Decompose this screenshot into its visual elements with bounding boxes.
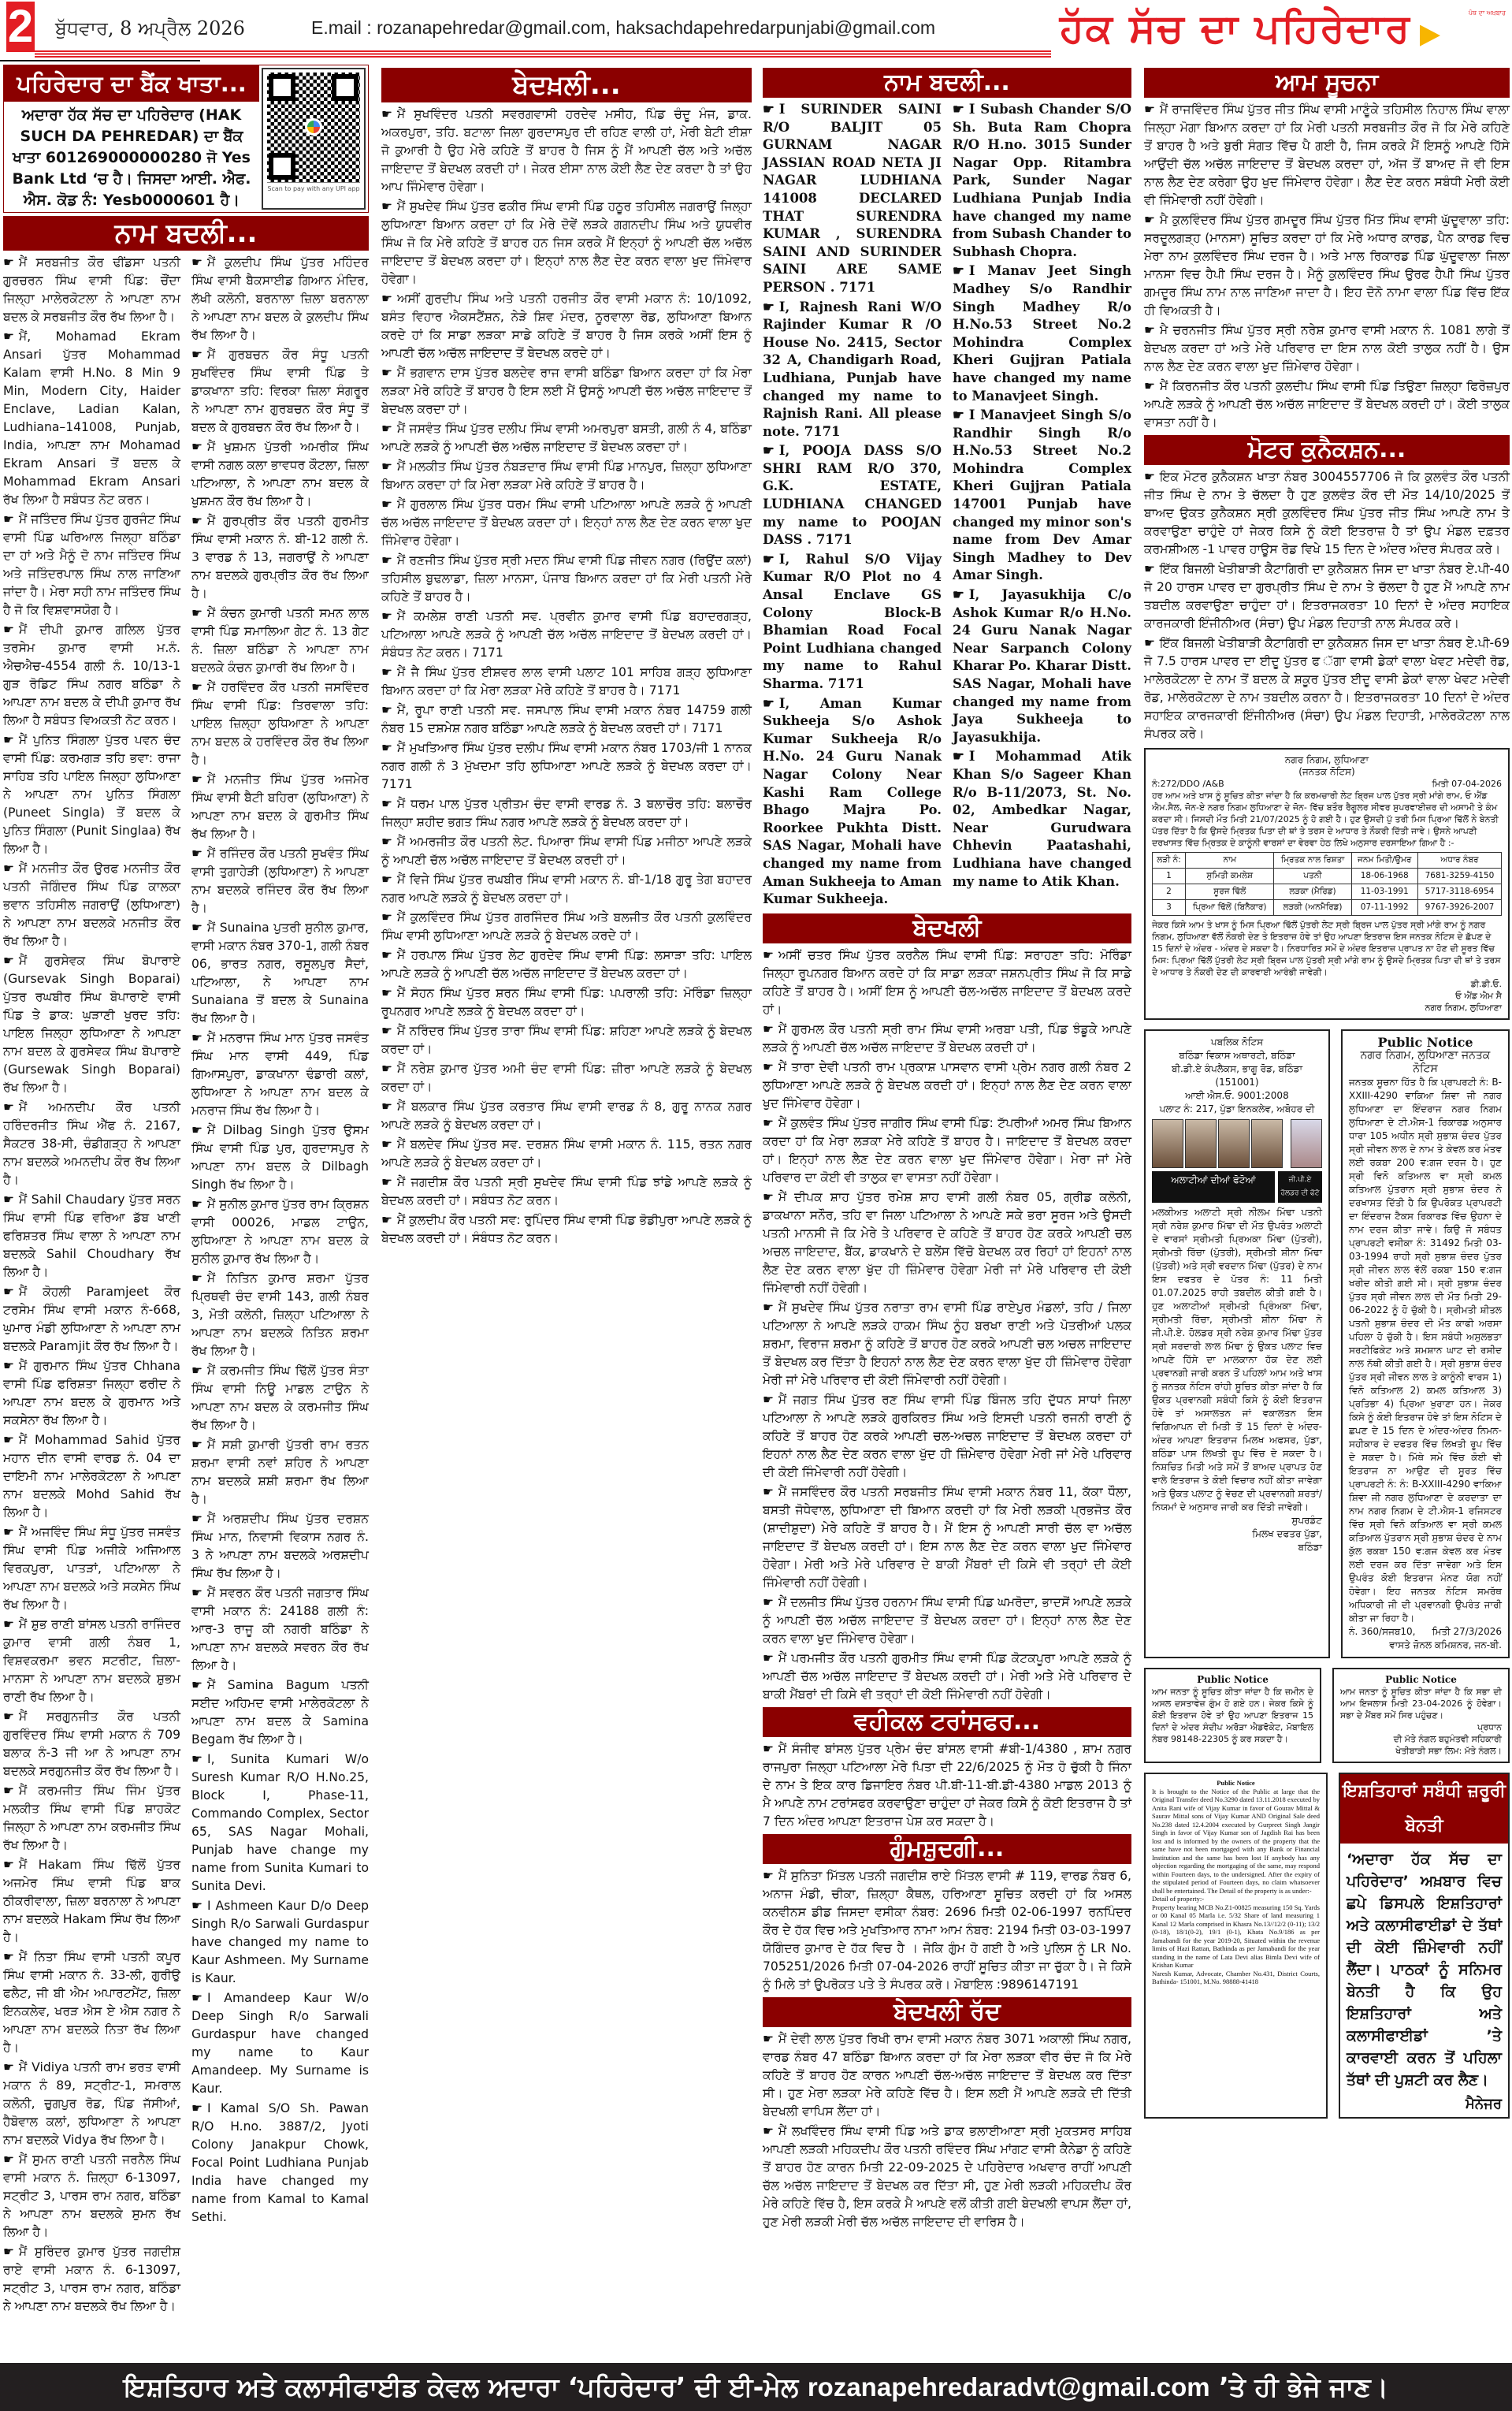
pointing-hand-icon: ☛ bbox=[381, 948, 392, 962]
column-3: ਨਾਮ ਬਦਲੀ... ☛I SURINDER SAINI R/O BALJIT… bbox=[763, 65, 1131, 2233]
table-cell: 07-11-1992 bbox=[1351, 900, 1417, 916]
bank-title: ਪਹਿਰੇਦਾਰ ਦਾ ਬੈਂਕ ਖਾਤਾ... bbox=[4, 65, 259, 102]
section-header-vehicle-transfer: ਵਹੀਕਲ ਟਰਾਂਸਫਰ... bbox=[763, 1707, 1131, 1737]
section-header-general-notice: ਆਮ ਸੂਚਨਾ bbox=[1144, 68, 1510, 98]
pointing-hand-icon: ☛ bbox=[191, 1752, 202, 1766]
notice-title: Public Notice bbox=[1349, 1036, 1502, 1049]
notice-item: ☛ਮੈਂ Vidiya ਪਤਨੀ ਰਾਮ ਭਰਤ ਵਾਸੀ ਮਕਾਨ ਨੰ 89… bbox=[3, 2059, 180, 2149]
notice-item: ☛ਮੈ ਕੁਲਵਿੰਦਰ ਸਿੰਘ ਪੁੱਤਰ ਗਮਦੂਰ ਸਿੰਘ ਪੁੱਤਰ… bbox=[1144, 211, 1510, 320]
notice-item: ☛ਮੈਂ ਖੁਸ਼ਮਨ ਪੁੱਤਰੀ ਅਮਰੀਕ ਸਿੰਘ ਵਾਸੀ ਨਗਲ ਕ… bbox=[191, 438, 369, 511]
notice-item: ☛ਇੱਕ ਬਿਜਲੀ ਖੇਤੀਬਾੜੀ ਕੈਟਾਗਿਰੀ ਦਾ ਕੁਨੈਕਸ਼ਨ… bbox=[1144, 560, 1510, 633]
notice-item: ☛I Kamal S/O Sh. Pawan R/O H.no. 3887/2,… bbox=[191, 2100, 369, 2227]
signature-line: ਖੇਤੀਬਾੜੀ ਸਭਾ ਲਿਮ: ਮੱਤੇ ਨੰਗਲ। bbox=[1340, 1745, 1502, 1757]
notice-item: ☛ਮੈਂ ਪੁਨਿਤ ਸਿੰਗਲਾ ਪੁੱਤਰ ਪਵਨ ਚੰਦ ਵਾਸੀ ਪਿੰ… bbox=[3, 731, 180, 858]
photos-caption: ਅਲਾਟੀਆਂ ਦੀਆਂ ਫੋਟੋਆਂ bbox=[1152, 1171, 1275, 1203]
pointing-hand-icon: ☛ bbox=[191, 1586, 202, 1600]
property-detail: Property bearing MCB No.Z1-00825 measuri… bbox=[1152, 1903, 1320, 1970]
notice-item: ☛ਮੈਂ ਨਰੇਸ਼ ਕੁਮਾਰ ਪੁੱਤਰ ਅਮੀ ਚੰਦ ਵਾਸੀ ਪਿੰਡ… bbox=[381, 1060, 752, 1096]
pointing-hand-icon: ☛ bbox=[3, 1617, 14, 1632]
newspaper-logo: ਹੱਕ ਸੱਚ ਦਾ ਪਹਿਰੇਦਾਰ ਪੰਥ ਦਾ ਅਖ਼ਬਾਰ bbox=[1060, 3, 1509, 54]
pointing-hand-icon: ☛ bbox=[191, 772, 202, 787]
pointing-hand-icon: ☛ bbox=[763, 948, 774, 962]
notice-item: ☛ਮੈਂ ਦੀਪੀ ਕੁਮਾਰ ਗਲਿਲ ਪੁੱਤਰ ਤਰਸੇਮ ਕੁਮਾਰ ਵ… bbox=[3, 621, 180, 730]
pointing-hand-icon: ☛ bbox=[953, 749, 964, 764]
notice-item: ☛ਮੈਂ ਤਾਰਾ ਦੇਵੀ ਪਤਨੀ ਰਾਮ ਪ੍ਰਕਾਸ਼ ਪਾਸਵਾਨ ਵ… bbox=[763, 1059, 1131, 1113]
notice-title: Public Notice bbox=[1152, 1779, 1320, 1788]
photo-image bbox=[1152, 1119, 1183, 1168]
pointing-hand-icon: ☛ bbox=[763, 1485, 774, 1499]
gpa-holder-photo bbox=[1291, 1119, 1322, 1168]
english-name-change-left: ☛I SURINDER SAINI R/O BALJIT 05 GURNAM N… bbox=[763, 101, 942, 910]
pointing-hand-icon: ☛ bbox=[381, 609, 392, 623]
section-header-disinheritance-revoked: ਬੇਦਖਲੀ ਰੱਦ bbox=[763, 1997, 1131, 2027]
pointing-hand-icon: ☛ bbox=[381, 1175, 392, 1189]
notice-item: ☛I, Rahul S/O Vijay Kumar R/O Plot no 4 … bbox=[763, 551, 942, 694]
notice-item: ☛ਮੈਂ ਗੁਰਮਾਨ ਸਿੰਘ ਪੁੱਤਰ Chhana ਵਾਸੀ ਪਿੰਡ … bbox=[3, 1357, 180, 1430]
notice-item: ☛ਮੈਂ ਕੁਲਵੰਤ ਸਿੰਘ ਪੁੱਤਰ ਜਾਗੀਰ ਸਿੰਘ ਵਾਸੀ ਪ… bbox=[763, 1114, 1131, 1187]
pointing-hand-icon: ☛ bbox=[191, 846, 202, 861]
notice-ref: ਨੰ:272/DDO /A&B bbox=[1152, 778, 1224, 790]
notice-item: ☛ਮੈਂ ਜੈ ਸਿੰਘ ਪੁੱਤਰ ਈਸ਼ਵਰ ਲਾਲ ਵਾਸੀ ਪਲਾਟ 1… bbox=[381, 664, 752, 700]
pointing-hand-icon: ☛ bbox=[3, 1433, 14, 1447]
notice-body: ਹਰ ਆਮ ਅਤੇ ਖਾਸ ਨੂੰ ਸੂਚਿਤ ਕੀਤਾ ਜਾਂਦਾ ਹੈ ਕਿ… bbox=[1152, 790, 1502, 849]
section-header-name-change-english: ਨਾਮ ਬਦਲੀ... bbox=[763, 68, 1131, 98]
pointing-hand-icon: ☛ bbox=[763, 1651, 774, 1665]
pointing-hand-icon: ☛ bbox=[763, 1060, 774, 1074]
notice-item: ☛I, Sunita Kumari W/o Suresh Kumar R/O H… bbox=[191, 1751, 369, 1896]
pointing-hand-icon: ☛ bbox=[3, 1784, 14, 1798]
notice-item: ☛ਮੈਂ ਕਰਮਜੀਤ ਸਿੰਘ ਢਿੱਲੋਂ ਪੁੱਤਰ ਸੰਤਾ ਸਿੰਘ … bbox=[191, 1362, 369, 1434]
pointing-hand-icon: ☛ bbox=[3, 255, 14, 270]
column-2: ਬੇਦਖ਼ਲੀ... ☛ਮੈਂ ਸੁਖਵਿੰਦਰ ਪਤਨੀ ਸਵਰਗਵਾਸੀ ਹ… bbox=[381, 65, 752, 1249]
pointing-hand-icon: ☛ bbox=[191, 1031, 202, 1045]
pointing-hand-icon: ☛ bbox=[381, 835, 392, 849]
pointing-hand-icon: ☛ bbox=[763, 2124, 774, 2138]
authority-address: ਬੀ.ਡੀ.ਏ ਕੰਪਲੈਕਸ, ਭਾਗੂ ਰੋਡ, ਬਠਿੰਡਾ (15100… bbox=[1152, 1062, 1322, 1089]
masthead-underline bbox=[0, 60, 200, 61]
notice-item: ☛ਮੈਂ ਨਰਿੰਦਰ ਸਿੰਘ ਪੁੱਤਰ ਤਾਰਾ ਸਿੰਘ ਵਾਸੀ ਪਿ… bbox=[381, 1022, 752, 1059]
notice-ref: ਨੰ. 360/ਸਜਬ10, bbox=[1349, 1625, 1415, 1639]
notice-item: ☛ਮੈਂ Mohammad Sahid ਪੁੱਤਰ ਮਹਾਨ ਦੀਨ ਵਾਸੀ … bbox=[3, 1431, 180, 1522]
pointing-hand-icon: ☛ bbox=[763, 1022, 774, 1036]
notice-subtitle: (ਜਨਤਕ ਨੋਟਿਸ) bbox=[1152, 766, 1502, 778]
notice-item: ☛ਮੈਂ ਜਸਵਿੰਦਰ ਕੌਰ ਪਤਨੀ ਸਰਬਜੀਤ ਸਿੰਘ ਵਾਸੀ ਮ… bbox=[763, 1483, 1131, 1592]
pointing-hand-icon: ☛ bbox=[3, 512, 14, 526]
english-name-change-list: ☛I SURINDER SAINI R/O BALJIT 05 GURNAM N… bbox=[763, 101, 1131, 910]
pointing-hand-icon: ☛ bbox=[953, 407, 964, 422]
notice-item: ☛ਮੈਂ Dilbag Singh ਪੁੱਤਰ ਉਸਮ ਸਿੰਘ ਵਾਸੀ ਪਿ… bbox=[191, 1122, 369, 1194]
table-cell: ਲੜਕੀ (ਅਨਮੈਰਿਡ) bbox=[1274, 900, 1351, 916]
pointing-hand-icon: ☛ bbox=[191, 1123, 202, 1137]
table-header: ਜਨਮ ਮਿਤੀ/ਉਮਰ bbox=[1351, 853, 1417, 869]
pointing-hand-icon: ☛ bbox=[3, 1525, 14, 1539]
vehicle-transfer-notice: ☛ਮੈਂ ਸੰਜੀਵ ਬਾਂਸਲ ਪੁੱਤਰ ਪ੍ਰੇਮ ਚੰਦ ਬਾਂਸਲ ਵ… bbox=[763, 1740, 1131, 1831]
notice-item: ☛ਮੈਂ, ਰੂਪਾ ਰਾਣੀ ਪਤਨੀ ਸਵ. ਜਸਪਾਲ ਸਿੰਘ ਵਾਸੀ… bbox=[381, 701, 752, 738]
notice-item: ☛ਮੈਂ ਸਰਗੁਨਜੀਤ ਕੌਰ ਪਤਨੀ ਗੁਰਵਿੰਦਰ ਸਿੰਘ ਵਾਸ… bbox=[3, 1708, 180, 1780]
notice-pair-3: Public Notice It is brought to the Notic… bbox=[1144, 1773, 1510, 2119]
pointing-hand-icon: ☛ bbox=[381, 797, 392, 811]
section-header-name-change: ਨਾਮ ਬਦਲੀ... bbox=[3, 216, 369, 251]
pointing-hand-icon: ☛ bbox=[381, 460, 392, 474]
disinheritance-list: ☛ਮੈਂ ਸੁਖਵਿੰਦਰ ਪਤਨੀ ਸਵਰਗਵਾਸੀ ਹਰਦੇਵ ਮਸੀਹ, … bbox=[381, 106, 752, 1248]
notice-body: ਮਲਕੀਅਤ ਅਲਾਟੀ ਸ੍ਰੀ ਨੀਲਮ ਮਿੱਢਾ ਪਤਨੀ ਸ੍ਰੀ ਨ… bbox=[1152, 1206, 1322, 1514]
table-cell: ਸੁਮਿਤੀ ਕਮਲੇਸ਼ bbox=[1186, 869, 1274, 884]
pointing-hand-icon: ☛ bbox=[1144, 379, 1155, 393]
notice-item: ☛I SURINDER SAINI R/O BALJIT 05 GURNAM N… bbox=[763, 101, 942, 297]
plot-line: ਪਲਾਟ ਨੰ: 217, ਪੁੱਡਾ ਇਨਕਲੇਵ, ਅਬੋਹਰ ਦੀ bbox=[1152, 1103, 1322, 1116]
notice-item: ☛ਮੈਂ ਮਨਜੀਤ ਸਿੰਘ ਪੁੱਤਰ ਅਜਮੇਰ ਸਿੰਘ ਵਾਸੀ ਬੈ… bbox=[191, 771, 369, 843]
pointing-hand-icon: ☛ bbox=[3, 2245, 14, 2259]
notice-body: It is brought to the Notice of the Publi… bbox=[1152, 1788, 1320, 1896]
table-cell: 5717-3118-6954 bbox=[1417, 884, 1501, 900]
signature-line: ਓ ਐਂਡ ਐਮ ਸੈ bbox=[1152, 990, 1502, 1002]
notice-item: ☛ਅਸੀਂ ਚਤਰ ਸਿੰਘ ਪੁੱਤਰ ਕਰਨੈਲ ਸਿੰਘ ਵਾਸੀ ਪਿੰ… bbox=[763, 947, 1131, 1019]
notice-item: ☛ਮੈਂ ਮਲਕੀਤ ਸਿੰਘ ਪੁੱਤਰ ਨੰਬੜਦਾਰ ਸਿੰਘ ਵਾਸੀ … bbox=[381, 458, 752, 494]
pointing-hand-icon: ☛ bbox=[3, 733, 14, 747]
pointing-hand-icon: ☛ bbox=[1144, 562, 1155, 576]
notice-item: ☛ਮੈਂ ਕਰਮਜੀਤ ਸਿੰਘ ਜਿੰਮ ਪੁੱਤਰ ਮਲਕੀਤ ਸਿੰਘ ਵ… bbox=[3, 1782, 180, 1855]
notice-item: ☛ਮੈਂ ਗੁਰਲਾਲ ਸਿੰਘ ਪੁੱਤਰ ਧਰਮ ਸਿੰਘ ਵਾਸੀ ਪਟਿ… bbox=[381, 496, 752, 550]
notice-title: ਪਬਲਿਕ ਨੋਟਿਸ bbox=[1152, 1036, 1322, 1049]
table-cell: 9767-3926-2007 bbox=[1417, 900, 1501, 916]
iso-line: ਆਈ ਐਸ.ਓ. 9001:2008 bbox=[1152, 1089, 1322, 1103]
pointing-hand-icon: ☛ bbox=[763, 102, 775, 117]
notice-item: ☛ਮੈਂ ਸਸ਼ੀ ਕੁਮਾਰੀ ਪੁੱਤਰੀ ਰਾਮ ਰਤਨ ਸ਼ਰਮਾ ਵਾ… bbox=[191, 1436, 369, 1509]
pointing-hand-icon: ☛ bbox=[3, 2060, 14, 2074]
table-cell: 1 bbox=[1153, 869, 1186, 884]
pointing-hand-icon: ☛ bbox=[763, 1595, 774, 1609]
missing-document-notice: ☛ਮੈਂ ਸੁਨਿਤਾ ਮਿੱਤਲ ਪਤਨੀ ਜਗਦੀਸ਼ ਰਾਏ ਮਿੱਤਲ … bbox=[763, 1867, 1131, 1994]
pointing-hand-icon: ☛ bbox=[191, 606, 202, 620]
pointing-hand-icon: ☛ bbox=[1144, 102, 1155, 117]
notice-item: ☛I Manavjeet Singh S/o Randhir Singh R/o… bbox=[953, 407, 1131, 585]
general-notice-list: ☛ਮੈਂ ਰਾਜਵਿੰਦਰ ਸਿੰਘ ਪੁੱਤਰ ਜੀਤ ਸਿੰਘ ਵਾਸੀ ਮ… bbox=[1144, 101, 1510, 432]
notice-item: ☛ਮੈਂ ਸ਼ੁਭ ਰਾਣੀ ਬਾਂਸਲ ਪਤਨੀ ਰਾਜਿੰਦਰ ਕੁਮਾਰ … bbox=[3, 1616, 180, 1706]
qr-code-icon bbox=[267, 73, 360, 183]
pointing-hand-icon: ☛ bbox=[381, 1062, 392, 1076]
notice-pair-1: ਪਬਲਿਕ ਨੋਟਿਸ ਬਠਿੰਡਾ ਵਿਕਾਸ ਅਥਾਰਟੀ, ਬਠਿੰਡਾ … bbox=[1144, 1029, 1510, 1658]
notice-item: ☛ਮੈਂ ਵਿਜੇ ਸਿੰਘ ਪੁੱਤਰ ਰਘਬੀਰ ਸਿੰਘ ਵਾਸੀ ਮਕਾ… bbox=[381, 871, 752, 907]
table-row: 2ਸੂਰਜ ਢਿੱਲੋਂਲੜਕਾ (ਮੈਰਿਡ)11-03-19915717-3… bbox=[1153, 884, 1502, 900]
ad-request-title: ਇਸ਼ਤਿਹਾਰਾਂ ਸਬੰਧੀ ਜ਼ਰੂਰੀ ਬੇਨਤੀ bbox=[1340, 1774, 1508, 1844]
notice-item: ☛ਮੈਂ ਅਮਰਜੀਤ ਕੌਰ ਪਤਨੀ ਲੇਟ. ਪਿਆਰਾ ਸਿੰਘ ਵਾਸ… bbox=[381, 833, 752, 869]
signature-line: ਨਗਰ ਨਿਗਮ, ਲੁਧਿਆਣਾ bbox=[1152, 1002, 1502, 1014]
table-cell: 11-03-1991 bbox=[1351, 884, 1417, 900]
pointing-hand-icon: ☛ bbox=[953, 587, 964, 602]
section-header-motor-connection: ਮੋਟਰ ਕੁਨੈਕਸ਼ਨ... bbox=[1144, 435, 1510, 465]
pointing-hand-icon: ☛ bbox=[191, 255, 202, 270]
notice-item: ☛ਮੈਂ, Mohamad Ekram Ansari ਪੁੱਤਰ Mohamma… bbox=[3, 328, 180, 509]
pointing-hand-icon: ☛ bbox=[381, 1024, 392, 1038]
english-public-notice: Public Notice It is brought to the Notic… bbox=[1144, 1773, 1328, 2119]
pointing-hand-icon: ☛ bbox=[1144, 636, 1155, 650]
ad-request-body: ‘ਅਦਾਰਾ ਹੱਕ ਸੱਚ ਦਾ ਪਹਿਰੇਦਾਰ’ ਅਖ਼ਬਾਰ ਵਿਚ ਛ… bbox=[1340, 1844, 1508, 2096]
pointing-hand-icon: ☛ bbox=[381, 422, 392, 436]
pointing-hand-icon: ☛ bbox=[191, 440, 202, 454]
notice-item: ☛ਮੈਂ ਸਵਰਨ ਕੌਰ ਪਤਨੀ ਜਗਤਾਰ ਸਿੰਘ ਵਾਸੀ ਮਕਾਨ … bbox=[191, 1584, 369, 1675]
pointing-hand-icon: ☛ bbox=[3, 1710, 14, 1724]
notice-item: ☛ਮੈਂ ਨਿਤਿਨ ਕੁਮਾਰ ਸ਼ਰਮਾ ਪੁੱਤਰ ਪ੍ਰਿਥਵੀ ਚੰਦ… bbox=[191, 1270, 369, 1360]
pointing-hand-icon: ☛ bbox=[381, 703, 392, 717]
notice-item: ☛ਮੈਂ ਗੁਰਪ੍ਰੀਤ ਕੌਰ ਪਤਨੀ ਗੁਰਮੀਤ ਸਿੰਘ ਵਾਸੀ … bbox=[191, 512, 369, 603]
notice-item: ☛ਮੈਂ ਸੁਰਿੰਦਰ ਕੁਮਾਰ ਪੁੱਤਰ ਜਗਦੀਸ਼ ਰਾਏ ਵਾਸੀ… bbox=[3, 2243, 180, 2316]
notice-signature: ਸੁਪਰਡੰਟਮਿਲਖ ਦਫਤਰ ਪੁੱਡਾ,ਬਠਿੰਡਾ bbox=[1152, 1514, 1322, 1554]
table-cell: 3 bbox=[1153, 900, 1186, 916]
notice-item: ☛ਮੈਂ ਜਗਦੀਸ਼ ਕੌਰ ਪਤਨੀ ਸ੍ਰੀ ਸੁਖਦੇਵ ਸਿੰਘ ਵਾ… bbox=[381, 1174, 752, 1210]
notice-item: ☛I Manav Jeet Singh Madhey S/o Randhir S… bbox=[953, 262, 1131, 405]
pointing-hand-icon: ☛ bbox=[3, 623, 14, 637]
motor-connection-list: ☛ਇਕ ਮੋਟਰ ਕੁਨੈਕਸ਼ਨ ਖਾਤਾ ਨੰਬਰ 3004557706 ਜ… bbox=[1144, 468, 1510, 743]
pointing-hand-icon: ☛ bbox=[1144, 323, 1155, 337]
table-header: ਲੜੀ ਨੰ: bbox=[1153, 853, 1186, 869]
table-header: ਨਾਮ bbox=[1186, 853, 1274, 869]
english-name-change-right: ☛I Subash Chander S/O Sh. Buta Ram Chopr… bbox=[953, 101, 1131, 910]
notice-item: ☛ਮੈਂ ਕੁਲਵਿੰਦਰ ਸਿੰਘ ਪੁੱਤਰ ਗਰਜਿੰਦਰ ਸਿੰਘ ਅਤ… bbox=[381, 909, 752, 945]
notice-item: ☛ਮੈਂ ਜਸਵੰਤ ਸਿੰਘ ਪੁੱਤਰ ਦਲੀਪ ਸਿੰਘ ਵਾਸੀ ਅਮਰ… bbox=[381, 420, 752, 456]
disinheritance-revoked-list: ☛ਮੈਂ ਦੇਵੀ ਲਾਲ ਪੁੱਤਰ ਰਿਖੀ ਰਾਮ ਵਾਸੀ ਮਕਾਨ ਨ… bbox=[763, 2030, 1131, 2231]
notice-item: ☛I, Jayasukhija C/o Ashok Kumar R/o H.No… bbox=[953, 586, 1131, 746]
notice-item: ☛ਮੈਂ ਭਗਵਾਨ ਦਾਸ ਪੁੱਤਰ ਬਲਦੇਵ ਰਾਜ ਵਾਸੀ ਬਠਿੰ… bbox=[381, 364, 752, 419]
pointing-hand-icon: ☛ bbox=[3, 2152, 14, 2167]
pointing-hand-icon: ☛ bbox=[1144, 470, 1155, 484]
notice-item: ☛ਮੈਂ Sunaina ਪੁਤਰੀ ਸੁਨੀਲ ਕੁਮਾਰ, ਵਾਸੀ ਮਕਾ… bbox=[191, 919, 369, 1028]
notice-item: ☛I, Aman Kumar Sukheeja S/o Ashok Kumar … bbox=[763, 695, 942, 909]
notice-item: ☛ਮੈਂ ਕਿਰਨਜੀਤ ਕੌਰ ਪਤਨੀ ਕੁਲਦੀਪ ਸਿੰਘ ਵਾਸੀ ਪ… bbox=[1144, 378, 1510, 432]
table-row: 3ਪ੍ਰਿਆ ਢਿੱਲੋਂ (ਬਿਨੈਕਾਰ)ਲੜਕੀ (ਅਨਮੈਰਿਡ)07-… bbox=[1153, 900, 1502, 916]
notice-item: ☛ਮੈਂ ਮਨਰਾਜ ਸਿੰਘ ਮਾਨ ਪੁੱਤਰ ਜਸਵੰਤ ਸਿੰਘ ਮਾਨ… bbox=[191, 1029, 369, 1120]
signature-line: ਪ੍ਰਧਾਨ bbox=[1340, 1721, 1502, 1733]
mc-ludhiana-notice: ਨਗਰ ਨਿਗਮ, ਲੁਧਿਆਣਾ (ਜਨਤਕ ਨੋਟਿਸ) ਨੰ:272/DD… bbox=[1144, 748, 1510, 1020]
flag-icon bbox=[1420, 25, 1440, 52]
notice-body: ਆਮ ਜਨਤਾ ਨੂੰ ਸੂਚਿਤ ਕੀਤਾ ਜਾਂਦਾ ਹੈ ਕਿ ਸਭਾ ਦ… bbox=[1340, 1686, 1502, 1721]
notice-item: ☛ਮੈਂ ਸੁਖਦੇਵ ਸਿੰਘ ਪੁੱਤਰ ਨਰਾਤਾ ਰਾਮ ਵਾਸੀ ਪਿ… bbox=[763, 1299, 1131, 1390]
section-header-disinheritance-2: ਬੇਦਖਲੀ bbox=[763, 913, 1131, 943]
notice-item: ☛ਮੈਂ ਹਰਵਿੰਦਰ ਕੌਰ ਪਤਨੀ ਜਸਵਿੰਦਰ ਸਿੰਘ ਵਾਸੀ … bbox=[191, 679, 369, 769]
gpay-icon bbox=[305, 118, 322, 136]
bank-account-box: ਪਹਿਰੇਦਾਰ ਦਾ ਬੈਂਕ ਖਾਤਾ... ਅਦਾਰਾ ਹੱਕ ਸੱਚ ਦ… bbox=[3, 65, 369, 213]
table-cell: 18-06-1968 bbox=[1351, 869, 1417, 884]
notice-date: ਮਿਤੀ 27/3/2026 bbox=[1432, 1625, 1502, 1639]
pointing-hand-icon: ☛ bbox=[763, 1116, 774, 1130]
footer-text-end: ’ਤੇ ਹੀ ਭੇਜੇ ਜਾਣ। bbox=[1219, 2372, 1388, 2402]
notice-item: ☛ਮੈਂ Samina Bagum ਪਤਨੀ ਸਈਦ ਅਹਿਮਦ ਵਾਸੀ ਮਾ… bbox=[191, 1676, 369, 1749]
notice-item: ☛ਮੈਂ ਦੀਪਕ ਸ਼ਾਹ ਪੁੱਤਰ ਰਮੇਸ਼ ਸ਼ਾਹ ਵਾਸੀ ਗਲੀ… bbox=[763, 1189, 1131, 1297]
ad-request-signature: ਮੈਨੇਜਰ bbox=[1340, 2096, 1508, 2117]
notice-item: ☛ਮੈਂ ਧਰਮ ਪਾਲ ਪੁੱਤਰ ਪ੍ਰੀਤਮ ਚੰਦ ਵਾਸੀ ਵਾਰਡ … bbox=[381, 795, 752, 832]
notice-item: ☛ਮੈਂ ਕੰਚਨ ਕੁਮਾਰੀ ਪਤਨੀ ਸਮਨ ਲਾਲ ਵਾਸੀ ਪਿੰਡ … bbox=[191, 605, 369, 677]
notice-item: ☛ਮੈਂ ਕੁਲਦੀਪ ਕੌਰ ਪਤਨੀ ਸਵ: ਰੁਪਿੰਦਰ ਸਿੰਘ ਵਾ… bbox=[381, 1211, 752, 1248]
notice-item: ☛ਮੈਂ ਸੁਖਦੇਵ ਸਿੰਘ ਪੁੱਤਰ ਫਕੀਰ ਸਿੰਘ ਵਾਸੀ ਪਿ… bbox=[381, 198, 752, 288]
pointing-hand-icon: ☛ bbox=[191, 1364, 202, 1378]
notice-title: Public Notice bbox=[1152, 1674, 1313, 1686]
upi-qr-code[interactable]: Scan to pay with any UPI app bbox=[262, 68, 366, 210]
pointing-hand-icon: ☛ bbox=[191, 1991, 202, 2005]
pointing-hand-icon: ☛ bbox=[763, 1742, 774, 1756]
contact-email: E.mail : rozanapehredar@gmail.com, haksa… bbox=[311, 17, 935, 39]
logo-tagline: ਪੰਥ ਦਾ ਅਖ਼ਬਾਰ bbox=[1469, 9, 1506, 17]
notice-body: ਆਮ ਜਨਤਾ ਨੂੰ ਸੂਚਿਤ ਕੀਤਾ ਜਾਂਦਾ ਹੈ ਕਿ ਜ਼ਮੀਨ… bbox=[1152, 1686, 1313, 1745]
notice-item: ☛ਮੈਂ ਅਮਨਦੀਪ ਕੌਰ ਪਤਨੀ ਹਰਿੰਦਰਜੀਤ ਸਿੰਘ ਐੱਫ … bbox=[3, 1099, 180, 1189]
qr-caption: Scan to pay with any UPI app bbox=[267, 185, 359, 192]
signature-line: ਸੁਪਰਡੰਟ bbox=[1152, 1514, 1322, 1527]
column-1: ਪਹਿਰੇਦਾਰ ਦਾ ਬੈਂਕ ਖਾਤਾ... ਅਦਾਰਾ ਹੱਕ ਸੱਚ ਦ… bbox=[3, 65, 369, 2317]
pointing-hand-icon: ☛ bbox=[3, 1100, 14, 1114]
notice-item: ☛ਇੱਕ ਬਿਜਲੀ ਖੇਤੀਬਾੜੀ ਕੈਟਾਗਿਰੀ ਦਾ ਕੁਨੈਕਸ਼ਨ… bbox=[1144, 634, 1510, 743]
notice-item: ☛ਮੈਂ Hakam ਸਿੰਘ ਢਿੱਲੋਂ ਪੁੱਤਰ ਅਜਮੇਰ ਸਿੰਘ … bbox=[3, 1856, 180, 1947]
notice-item: ☛ਮੈਂ ਸੁਮਨ ਰਾਣੀ ਪਤਨੀ ਜਰਨੈਲ ਸਿੰਘ ਵਾਸੀ ਮਕਾਨ… bbox=[3, 2151, 180, 2242]
notice-title: Public Notice bbox=[1340, 1674, 1502, 1686]
pointing-hand-icon: ☛ bbox=[3, 329, 14, 344]
notice-item: ☛I Amandeep Kaur W/o Deep Singh R/o Sarw… bbox=[191, 1989, 369, 2098]
footer-email-link[interactable]: rozanapehredaradvt@gmail.com bbox=[808, 2372, 1210, 2402]
table-cell: ਪਤਨੀ bbox=[1274, 869, 1351, 884]
authority-name: ਬਠਿੰਡਾ ਵਿਕਾਸ ਅਥਾਰਟੀ, ਬਠਿੰਡਾ bbox=[1152, 1049, 1322, 1062]
notice-body: ਜਨਤਕ ਸੂਚਨਾ ਹਿੱਤ ਹੈ ਕਿ ਪ੍ਰਾਪਰਟੀ ਨੰ: B-XXI… bbox=[1349, 1076, 1502, 1625]
pointing-hand-icon: ☛ bbox=[191, 348, 202, 362]
pointing-hand-icon: ☛ bbox=[763, 1869, 774, 1883]
pointing-hand-icon: ☛ bbox=[191, 921, 202, 935]
photo-image bbox=[1218, 1119, 1250, 1168]
heirs-table: ਲੜੀ ਨੰ:ਨਾਮਮ੍ਰਿਤਕ ਨਾਲ ਰਿਸ਼ਤਾਜਨਮ ਮਿਤੀ/ਉਮਰਅ… bbox=[1152, 852, 1502, 916]
pointing-hand-icon: ☛ bbox=[191, 680, 202, 694]
notice-item: ☛ਮੈਂ ਗੁਰਸੇਵਕ ਸਿੰਘ ਬੋਪਾਰਾਏ (Gursevak Sing… bbox=[3, 952, 180, 1097]
notice-signature: ਵਾਸਤੇ ਜ਼ੋਨਲ ਕਮਿਸ਼ਨਰ, ਜਨ-ਬੀ. bbox=[1349, 1639, 1502, 1652]
notice-footer-text: ਜੇਕਰ ਕਿਸੇ ਆਮ ਤੇ ਖਾਸ ਨੂੰ ਮਿਸ ਪ੍ਰਿਆ ਢਿੱਲੋਂ… bbox=[1152, 919, 1502, 978]
pointing-hand-icon: ☛ bbox=[3, 1192, 14, 1207]
signature-line: ਬਠਿੰਡਾ bbox=[1152, 1541, 1322, 1554]
notice-item: ☛ਮੈਂ ਸੁਨੀਲ ਕੁਮਾਰ ਪੁੱਤਰ ਰਾਮ ਕ੍ਰਿਸ਼ਨ ਵਾਸੀ … bbox=[191, 1196, 369, 1268]
notice-item: ☛ਮੈਂ ਦੇਵੀ ਲਾਲ ਪੁੱਤਰ ਰਿਖੀ ਰਾਮ ਵਾਸੀ ਮਕਾਨ ਨ… bbox=[763, 2030, 1131, 2121]
pointing-hand-icon: ☛ bbox=[3, 954, 14, 968]
pointing-hand-icon: ☛ bbox=[381, 1213, 392, 1227]
pointing-hand-icon: ☛ bbox=[191, 1438, 202, 1452]
pointing-hand-icon: ☛ bbox=[763, 552, 775, 567]
pointing-hand-icon: ☛ bbox=[191, 1271, 202, 1285]
notice-item: ☛ਮੈਂ ਬਲਕਾਰ ਸਿੰਘ ਪੁੱਤਰ ਕਰਤਾਰ ਸਿੰਘ ਵਾਸੀ ਵਾ… bbox=[381, 1098, 752, 1134]
pointing-hand-icon: ☛ bbox=[381, 665, 392, 679]
notice-item: ☛ਮੈਂ ਕਮਲੇਸ਼ ਰਾਣੀ ਪਤਨੀ ਸਵ. ਪ੍ਰਵੀਨ ਕੁਮਾਰ ਵ… bbox=[381, 608, 752, 662]
pointing-hand-icon: ☛ bbox=[191, 1678, 202, 1692]
pointing-hand-icon: ☛ bbox=[381, 1137, 392, 1152]
allottee-photos bbox=[1152, 1119, 1322, 1168]
pointing-hand-icon: ☛ bbox=[763, 2032, 774, 2046]
masthead: 2 ਬੁੱਧਵਾਰ, 8 ਅਪ੍ਰੈਲ 2026 E.mail : rozana… bbox=[0, 0, 1512, 61]
notice-item: ☛ਮੈਂ ਗੁਰਬਚਨ ਕੌਰ ਸੰਧੂ ਪਤਨੀ ਸੁਖਵਿੰਦਰ ਸਿੰਘ … bbox=[191, 346, 369, 437]
pointing-hand-icon: ☛ bbox=[191, 2101, 202, 2115]
notice-item: ☛ਅਸੀਂ ਗੁਰਦੀਪ ਸਿੰਘ ਅਤੇ ਪਤਨੀ ਹਰਜੀਤ ਕੌਰ ਵਾਸ… bbox=[381, 290, 752, 363]
bank-details: ਅਦਾਰਾ ਹੱਕ ਸੱਚ ਦਾ ਪਹਿਰੇਦਾਰ (HAK SUCH DA P… bbox=[4, 102, 259, 214]
notice-title: ਨਗਰ ਨਿਗਮ, ਲੁਧਿਆਣਾ bbox=[1152, 754, 1502, 766]
footer-text: ਇਸ਼ਤਿਹਾਰ ਅਤੇ ਕਲਾਸੀਫਾਈਡ ਕੇਵਲ ਅਦਾਰਾ ‘ਪਹਿਰੇ… bbox=[124, 2372, 798, 2402]
pointing-hand-icon: ☛ bbox=[381, 910, 392, 925]
column-4: ਆਮ ਸੂਚਨਾ ☛ਮੈਂ ਰਾਜਵਿੰਦਰ ਸਿੰਘ ਪੁੱਤਰ ਜੀਤ ਸਿ… bbox=[1144, 65, 1510, 2119]
name-change-list: ☛ਮੈਂ ਸਰਬਜੀਤ ਕੌਰ ਢੀਂਡਸਾ ਪਤਨੀ ਗੁਰਚਰਨ ਸਿੰਘ … bbox=[3, 254, 369, 2317]
pointing-hand-icon: ☛ bbox=[3, 1359, 14, 1373]
pointing-hand-icon: ☛ bbox=[953, 263, 964, 278]
notice-item: ☛ਮੈਂ ਜਗਤ ਸਿੰਘ ਪੁੱਤਰ ਰਣ ਸਿੰਘ ਵਾਸੀ ਪਿੰਡ ਬਿ… bbox=[763, 1391, 1131, 1482]
small-public-notice-right: Public Notice ਆਮ ਜਨਤਾ ਨੂੰ ਸੂਚਿਤ ਕੀਤਾ ਜਾਂ… bbox=[1332, 1668, 1510, 1763]
notice-item: ☛ਮੈਂ ਮਨਜੀਤ ਕੌਰ ਉਰਫ ਮਨਜੀਤ ਕੌਰ ਪਤਨੀ ਜੋਗਿੰਦ… bbox=[3, 860, 180, 951]
bank-line-2: ਖਾਤਾ 601269000000280 ਜੋ Yes Bank Ltd ‘ਚ … bbox=[9, 147, 254, 190]
table-header: ਮ੍ਰਿਤਕ ਨਾਲ ਰਿਸ਼ਤਾ bbox=[1274, 853, 1351, 869]
notice-signature: ਡੀ.ਡੀ.ਓ.ਓ ਐਂਡ ਐਮ ਸੈਨਗਰ ਨਿਗਮ, ਲੁਧਿਆਣਾ bbox=[1152, 978, 1502, 1014]
notice-item: ☛ਮੈਂ Sahil Chaudary ਪੁੱਤਰ ਸਰਨ ਸਿੰਘ ਵਾਸੀ … bbox=[3, 1191, 180, 1282]
pointing-hand-icon: ☛ bbox=[381, 107, 392, 121]
notice-item: ☛ਮੈਂ ਸੁਖਵਿੰਦਰ ਪਤਨੀ ਸਵਰਗਵਾਸੀ ਹਰਦੇਵ ਮਸੀਹ, … bbox=[381, 106, 752, 196]
detail-label: Detail of property:- bbox=[1152, 1895, 1320, 1903]
notice-item: ☛ਮੈਂ ਹਰਪਾਲ ਸਿੰਘ ਪੁੱਤਰ ਲੇਟ ਗੁਰਦੇਵ ਸਿੰਘ ਵਾ… bbox=[381, 947, 752, 983]
notice-item: ☛ਮੈਂ ਕੁਲਦੀਪ ਸਿੰਘ ਪੁੱਤਰ ਮਹਿੰਦਰ ਸਿੰਘ ਵਾਸੀ … bbox=[191, 254, 369, 344]
notice-item: ☛ਮੈਂ ਜਤਿੰਦਰ ਸਿੰਘ ਪੁੱਤਰ ਗੁਰਜੰਟ ਸਿੰਘ ਵਾਸੀ … bbox=[3, 511, 180, 619]
section-header-disinheritance: ਬੇਦਖ਼ਲੀ... bbox=[381, 68, 752, 102]
bank-line-1: ਅਦਾਰਾ ਹੱਕ ਸੱਚ ਦਾ ਪਹਿਰੇਦਾਰ (HAK SUCH DA P… bbox=[9, 105, 254, 147]
notice-item: ☛ਮੈਂ ਰਜਿੰਦਰ ਕੌਰ ਪਤਨੀ ਸੁਖਵੰਤ ਸਿੰਘ ਵਾਸੀ ਤੁ… bbox=[191, 845, 369, 917]
photo-image bbox=[1185, 1119, 1217, 1168]
notice-item: ☛ਮੈਂ ਬਲਦੇਵ ਸਿੰਘ ਪੁੱਤਰ ਸਵ. ਦਰਸ਼ਨ ਸਿੰਘ ਵਾਸ… bbox=[381, 1136, 752, 1172]
issue-date: ਬੁੱਧਵਾਰ, 8 ਅਪ੍ਰੈਲ 2026 bbox=[55, 17, 245, 39]
logo-text: ਹੱਕ ਸੱਚ ਦਾ ਪਹਿਰੇਦਾਰ bbox=[1060, 6, 1411, 51]
pointing-hand-icon: ☛ bbox=[381, 199, 392, 214]
name-change-left: ☛ਮੈਂ ਸਰਬਜੀਤ ਕੌਰ ਢੀਂਡਸਾ ਪਤਨੀ ਗੁਰਚਰਨ ਸਿੰਘ … bbox=[3, 254, 180, 2317]
notice-item: ☛ਮੈਂ ਸਰਬਜੀਤ ਕੌਰ ਢੀਂਡਸਾ ਪਤਨੀ ਗੁਰਚਰਨ ਸਿੰਘ … bbox=[3, 254, 180, 326]
notice-item: ☛ਇਕ ਮੋਟਰ ਕੁਨੈਕਸ਼ਨ ਖਾਤਾ ਨੰਬਰ 3004557706 ਜ… bbox=[1144, 468, 1510, 559]
notice-item: ☛ਮੈਂ ਰਾਜਵਿੰਦਰ ਸਿੰਘ ਪੁੱਤਰ ਜੀਤ ਸਿੰਘ ਵਾਸੀ ਮ… bbox=[1144, 101, 1510, 210]
pointing-hand-icon: ☛ bbox=[763, 1300, 774, 1315]
ad-request-box: ਇਸ਼ਤਿਹਾਰਾਂ ਸਬੰਧੀ ਜ਼ਰੂਰੀ ਬੇਨਤੀ ‘ਅਦਾਰਾ ਹੱਕ… bbox=[1339, 1773, 1510, 2119]
table-header: ਅਧਾਰ ਨੰਬਰ bbox=[1417, 853, 1501, 869]
notice-item: ☛ਮੈਂ ਕੋਹਲੀ Paramjeet ਕੌਰ ਟਰਸੇਮ ਸਿੰਘ ਵਾਸੀ… bbox=[3, 1283, 180, 1356]
notice-item: ☛I, Rajnesh Rani W/O Rajinder Kumar R /O… bbox=[763, 299, 942, 441]
notice-item: ☛I, POOJA DASS S/O SHRI RAM R/O 370, G.K… bbox=[763, 442, 942, 549]
notice-item: ☛I Mohammad Atik Khan S/o Sageer Khan R/… bbox=[953, 748, 1131, 891]
table-cell: ਲੜਕਾ (ਮੈਰਿਡ) bbox=[1274, 884, 1351, 900]
pointing-hand-icon: ☛ bbox=[381, 872, 392, 887]
notice-item: ☛ਮੈਂ ਲਖਵਿੰਦਰ ਸਿੰਘ ਵਾਸੀ ਪਿੰਡ ਅਤੇ ਡਾਕ ਭਲਾਈ… bbox=[763, 2123, 1131, 2231]
pointing-hand-icon: ☛ bbox=[191, 1512, 202, 1526]
pointing-hand-icon: ☛ bbox=[3, 1858, 14, 1872]
pointing-hand-icon: ☛ bbox=[1144, 213, 1155, 227]
pointing-hand-icon: ☛ bbox=[381, 366, 392, 380]
notice-item: ☛ਮੈਂ ਸੋਹਨ ਸਿੰਘ ਪੁੱਤਰ ਸ਼ਰਨ ਸਿੰਘ ਵਾਸੀ ਪਿੰਡ… bbox=[381, 984, 752, 1021]
notice-date: ਮਿਤੀ 07-04-2026 bbox=[1432, 778, 1502, 790]
pointing-hand-icon: ☛ bbox=[3, 1285, 14, 1299]
notice-item: ☛ਮੈਂ ਦਲਜੀਤ ਸਿੰਘ ਪੁੱਤਰ ਹਰਨਾਮ ਸਿੰਘ ਵਾਸੀ ਪਿ… bbox=[763, 1594, 1131, 1648]
name-change-right: ☛ਮੈਂ ਕੁਲਦੀਪ ਸਿੰਘ ਪੁੱਤਰ ਮਹਿੰਦਰ ਸਿੰਘ ਵਾਸੀ … bbox=[191, 254, 369, 2317]
table-cell: ਪ੍ਰਿਆ ਢਿੱਲੋਂ (ਬਿਨੈਕਾਰ) bbox=[1186, 900, 1274, 916]
table-cell: 2 bbox=[1153, 884, 1186, 900]
pointing-hand-icon: ☛ bbox=[381, 553, 392, 567]
pointing-hand-icon: ☛ bbox=[763, 1190, 774, 1204]
notice-subtitle: ਨਗਰ ਨਿਗਮ, ਲੁਧਿਆਣਾ ਜਨਤਕ ਨੋਟਿਸ bbox=[1349, 1049, 1502, 1076]
section-header-missing: ਗੁੰਮਸ਼ੁਦਗੀ... bbox=[763, 1834, 1131, 1864]
pointing-hand-icon: ☛ bbox=[191, 1899, 202, 1913]
notice-item: ☛ਮੈਂ ਗੁਰਮਲ ਕੌਰ ਪਤਨੀ ਸ੍ਰੀ ਰਾਮ ਸਿੰਘ ਵਾਸੀ ਅ… bbox=[763, 1021, 1131, 1057]
notice-signature: Naresh Kumar, Advocate, Chamber No.431, … bbox=[1152, 1970, 1320, 1986]
footer-banner: ਇਸ਼ਤਿਹਾਰ ਅਤੇ ਕਲਾਸੀਫਾਈਡ ਕੇਵਲ ਅਦਾਰਾ ‘ਪਹਿਰੇ… bbox=[0, 2363, 1512, 2411]
gpa-caption: ਜੀ.ਪੀ.ਏ ਹੋਲਡਰ ਦੀ ਫੋਟੋ bbox=[1278, 1171, 1322, 1203]
notice-item: ☛ਮੈਂ ਮੁਖਤਿਆਰ ਸਿੰਘ ਪੁੱਤਰ ਦਲੀਪ ਸਿੰਘ ਵਾਸੀ ਮ… bbox=[381, 739, 752, 794]
pointing-hand-icon: ☛ bbox=[381, 292, 392, 306]
notice-item: ☛ਮੈਂ ਨਿਤਾ ਸਿੰਘ ਵਾਸੀ ਪਤਨੀ ਕਪੂਰ ਸਿੰਘ ਵਾਸੀ … bbox=[3, 1948, 180, 2057]
notice-item: ☛ਮੈਂ ਅਜਵਿੰਦ ਸਿੰਘ ਸੰਧੂ ਪੁੱਤਰ ਜਸਵੰਤ ਸਿੰਘ ਵ… bbox=[3, 1524, 180, 1614]
pointing-hand-icon: ☛ bbox=[763, 300, 775, 314]
pointing-hand-icon: ☛ bbox=[953, 102, 964, 117]
masthead-rule bbox=[35, 50, 1051, 58]
notice-item: ☛ਮੈਂ ਰਣਜੀਤ ਸਿੰਘ ਪੁੱਤਰ ਸ੍ਰੀ ਮਦਨ ਸਿੰਘ ਵਾਸੀ… bbox=[381, 552, 752, 606]
table-row: 1ਸੁਮਿਤੀ ਕਮਲੇਸ਼ਪਤਨੀ18-06-19687681-3259-41… bbox=[1153, 869, 1502, 884]
notice-signature: ਪ੍ਰਧਾਨਦੀ ਮੱਤੇ ਨੰਗਲ ਬਹੁਮੰਤਵੀ ਸਹਿਕਾਰੀਖੇਤੀਬ… bbox=[1340, 1721, 1502, 1757]
small-public-notice-left: Public Notice ਆਮ ਜਨਤਾ ਨੂੰ ਸੂਚਿਤ ਕੀਤਾ ਜਾਂ… bbox=[1144, 1668, 1321, 1763]
